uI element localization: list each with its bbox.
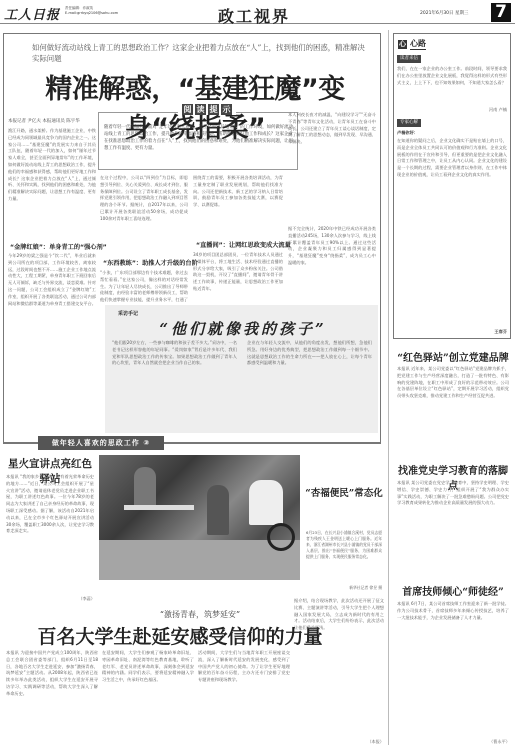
page-number: 7 bbox=[491, 3, 511, 22]
issue-date: 2021年6月30日 星期三 bbox=[420, 10, 468, 16]
reader-letter-tag: 读者来信 bbox=[397, 55, 421, 63]
letter-author: 河南 卢楠 bbox=[460, 107, 507, 114]
reading-tip-text: 随着年轻一代的加入，面对“走年过节家人难全，甚至全面到异地常年”的工作环境，如何… bbox=[104, 124, 294, 152]
reading-tip-label: 阅 读 提 示 bbox=[178, 104, 236, 115]
red-station-brand-title[interactable]: “红色驿站”创立党建品牌 bbox=[395, 349, 511, 364]
notes-body-right: 企业在与年轻人交流中，从他们的角度出发，想他们所想，急他们所急。用好身边的优秀典… bbox=[247, 340, 372, 430]
advice-column-header: 心 心路 bbox=[398, 38, 426, 50]
lead-body-col2: 在这个过程中，公司以“四到位”为目标，即思想引导到位、关心关爱到位、成长成才到位… bbox=[100, 175, 188, 243]
reply-salutation: 卢楠你好： bbox=[397, 130, 507, 137]
party-history-body: 本报讯 某公司党委在党史学习教育中，坚持学史明理、学史增信、学史崇德、学史力行，… bbox=[397, 480, 509, 578]
photo-caption-body: 6月23日，在长兴县小浦镇合溪村，党员志愿者为残疾人王金明送上暖心上门服务。近年… bbox=[306, 530, 382, 582]
lead-body-col4: 本人到夜长夜才的减温，“向建设学习”“无奋斗不青春”等青年文化活动，让青年员工在… bbox=[288, 112, 376, 222]
masthead: 工人日报 责任编辑：乔淑英 E-mail:grrbyq2106@sohu.com… bbox=[0, 0, 515, 24]
section-title: 政工视界 bbox=[218, 4, 290, 27]
photo-table bbox=[124, 505, 194, 510]
bottom-headline[interactable]: 百名大学生赴延安感受信仰的力量 bbox=[30, 622, 330, 649]
bottom-body-col4: 据介绍，结合现场教学，此次活动还开展了征文比赛、主题演讲等活动，引导大学生把个人… bbox=[294, 598, 384, 738]
tip-char: 示 bbox=[221, 104, 232, 115]
lead-subhead-1: “金牌红娘”：单身青工的“强心剂” bbox=[10, 242, 107, 251]
chief-technician-body: 本报讯 6月7日，某公司首席技师工作室迎来了新一批学徒。作为公司技术骨干，首席技… bbox=[397, 601, 509, 736]
reader-letter: 我们，在在一家企业的办公室工作。前段时间，领导要求我们在办公室里放置企业文化展板… bbox=[397, 66, 507, 108]
bottom-kicker: “激扬青春，筑梦延安” bbox=[100, 609, 300, 620]
newspaper-logo: 工人日报 bbox=[4, 4, 60, 23]
lead-subhead-2: “东西教练”：助推人才升级的台阶 bbox=[103, 258, 198, 267]
red-station-body: 本报讯 “我的家乡在江苏，是有着光荣革命历史的地方……”近日，某公司工会组织开展… bbox=[6, 474, 94, 596]
bottom-body-col1: 本报讯 为迎接中国共产党成立100周年，陕西省总工会联合团省委等部门，组织6月1… bbox=[6, 650, 98, 746]
photo-person-standing bbox=[134, 467, 156, 507]
lead-subhead-3: “直播间”：让网红思政变成大流量 bbox=[196, 240, 291, 249]
lead-body-col3: 围绕青工的需要，积极开展各类培训活动，为青工量身定制了职业发展规划，帮助他们找准… bbox=[193, 175, 283, 235]
lead-deck: 如何做好流动站线上青工的思想政治工作？这家企业把着力点放在“人”上，找到他们的困… bbox=[32, 42, 372, 64]
lead-body-col2b: “小张，广东项目部那边有个技术难题，你过去帮忙看看。”在这家公司，像这样的对话经… bbox=[100, 270, 188, 302]
lead-body-col1: 渔江开路，通水架桥。作为基建施工企业，中铁已经成为同领域最具竞争力的国内企业之一… bbox=[8, 128, 96, 240]
editor-info: 责任编辑：乔淑英 E-mail:grrbyq2106@sohu.com bbox=[65, 6, 125, 16]
lead-byline: 本报记者 尹亿夫 本报通讯员 陈宇华 bbox=[8, 118, 80, 124]
photo-person-wheelchair bbox=[249, 480, 283, 525]
lead-body-col4b: 据不完全统计，2020年中铁已经成功开展各类直播活动245场，130余人次参与学… bbox=[288, 226, 376, 302]
expert-reply-tag: 专家心解 bbox=[397, 119, 421, 127]
photo-caption-title: “杏福便民”常态化 bbox=[304, 487, 384, 500]
notes-title: “他们就像我的孩子” bbox=[118, 318, 368, 339]
bottom-body-col3: 活动期间，大学生们与当地青年职工开展座谈交流，深入了解新时代延安的发展变化，感受… bbox=[198, 650, 290, 746]
red-station-author: （李蕊） bbox=[60, 596, 95, 604]
tip-char: 读 bbox=[195, 104, 206, 115]
news-photo bbox=[99, 455, 300, 580]
bottom-body-col2: 在延安期间，大学生们参观了杨家岭革命旧址、枣园革命旧址、南泥湾等红色教育基地，聆… bbox=[102, 650, 194, 746]
lead-body-col1b: 今年29岁的梁之强是个“饮二代”，毕业后就来到公司所在的项目部，工作环境较苦，离… bbox=[8, 253, 96, 431]
bottom-author: （本报） bbox=[350, 739, 384, 747]
reply-author: 王春芬 bbox=[460, 329, 507, 336]
series-banner: 做年轻人喜欢的思政工作 ③ bbox=[38, 436, 164, 450]
red-station-brand-body: 本报讯 近年来，某公司党委以“红色驿站”党建品牌为抓手，把党建工作与生产经营深度… bbox=[397, 366, 509, 458]
editor-email: E-mail:grrbyq2106@sohu.com bbox=[65, 11, 125, 16]
column-title: 心路 bbox=[410, 38, 426, 50]
tip-char: 提 bbox=[208, 104, 219, 115]
notes-label: 采访手记 bbox=[118, 310, 138, 317]
notes-body-left: “他们跟20岁左右，一些参与咖啡的和孩子差不多大。”采访中，一名老书记这样形容他… bbox=[112, 340, 237, 430]
column-divider bbox=[388, 30, 389, 745]
chief-technician-author: （曹永平） bbox=[470, 739, 510, 747]
photo-volunteer bbox=[207, 485, 229, 535]
lead-body-col3b: 34岁的项目团总部团员，一位青年技术人员通过自媒体平台，将工地生活、技术经验通过… bbox=[193, 252, 283, 302]
photo-credit: 新华社记者 徐昱 摄 bbox=[320, 585, 382, 592]
expert-reply: 在知道你的疑问之后，企业文化确实不是贴在墙上的口号，而是企业全体员工共同认可的价… bbox=[397, 138, 507, 328]
chief-technician-title[interactable]: 首席技师倾心“师徒经” bbox=[395, 583, 511, 598]
heart-column-icon: 心 bbox=[398, 40, 407, 49]
wheelchair-icon bbox=[267, 523, 295, 551]
tip-char: 阅 bbox=[182, 104, 193, 115]
